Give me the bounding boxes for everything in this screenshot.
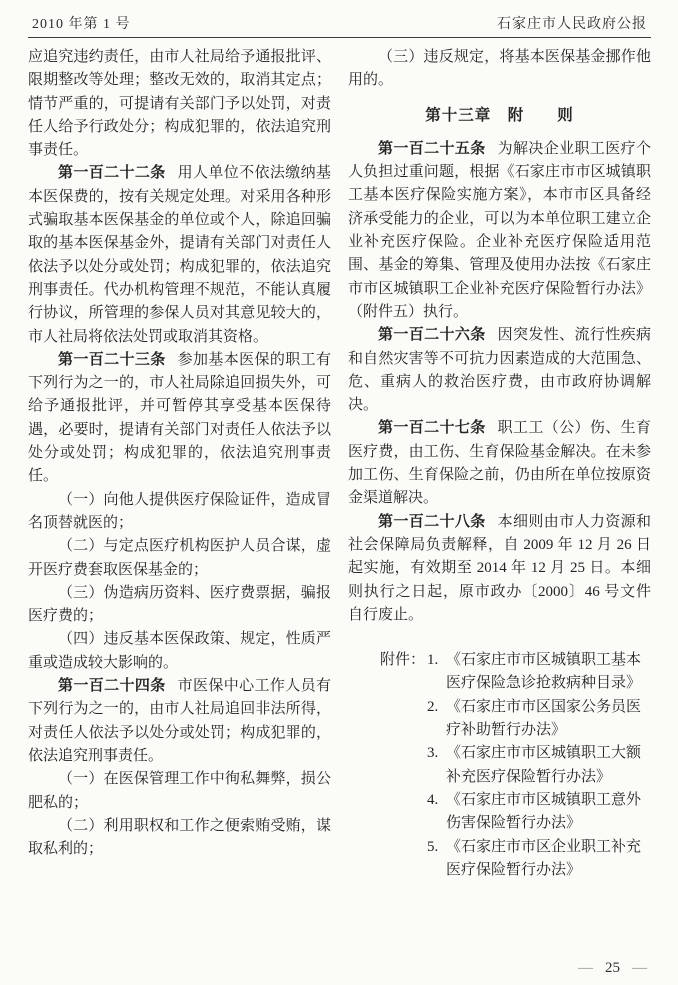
attachment-item: 2.《石家庄市市区国家公务员医疗补助暂行办法》 (380, 696, 651, 743)
paragraph: （二）与定点医疗机构医护人员合谋，虚开医疗费套取医保基金的； (28, 535, 331, 582)
attachment-item: 附件：1.《石家庄市市区城镇职工基本医疗保险急诊抢救病种目录》 (380, 649, 651, 696)
article-number: 第一百二十四条 (58, 678, 166, 694)
attachment-title: 《石家庄市市区城镇职工大额补充医疗保险暂行办法》 (446, 742, 651, 789)
article-paragraph: 第一百二十四条市医保中心工作人员有下列行为之一的，由市人社局追回非法所得，对责任… (28, 675, 331, 768)
attachment-number: 1. (427, 649, 446, 696)
article-number: 第一百二十八条 (378, 514, 486, 530)
chapter-heading: 第十三章 附 则 (348, 104, 651, 127)
page-number: 25 (605, 958, 620, 978)
attachments-label (380, 742, 427, 789)
body-columns: 应追究违约责任，由市人社局给予通报批评、限期整改等处理；整改无效的，取消其定点；… (28, 46, 651, 882)
article-paragraph: 第一百二十五条为解决企业职工医疗个人负担过重问题，根据《石家庄市市区城镇职工基本… (348, 138, 651, 324)
article-number: 第一百二十七条 (378, 420, 486, 436)
page-header: 2010 年第 1 号 石家庄市人民政府公报 (32, 13, 647, 33)
paragraph: （四）违反基本医保政策、规定，性质严重或造成较大影响的。 (28, 628, 331, 675)
paragraph: （二）利用职权和工作之便索贿受贿，谋取私利的； (28, 815, 331, 862)
article-paragraph: 第一百二十八条本细则由市人力资源和社会保障局负责解释，自 2009 年 12 月… (348, 511, 651, 627)
attachment-number: 2. (427, 696, 446, 743)
article-paragraph: 第一百二十二条用人单位不依法缴纳基本医保费的，按有关规定处理。对采用各种形式骗取… (28, 162, 331, 348)
article-paragraph: 第一百二十七条职工工（公）伤、生育医疗费，由工伤、生育保险基金解决。在未参加工伤… (348, 417, 651, 510)
attachments-label (380, 696, 427, 743)
attachment-number: 3. (427, 742, 446, 789)
footer-dash-left: — (578, 958, 593, 978)
header-rule (28, 37, 651, 38)
attachment-title: 《石家庄市市区企业职工补充医疗保险暂行办法》 (446, 836, 651, 883)
document-page: 2010 年第 1 号 石家庄市人民政府公报 应追究违约责任，由市人社局给予通报… (0, 0, 678, 985)
article-number: 第一百二十三条 (58, 352, 166, 368)
attachment-number: 4. (427, 789, 446, 836)
paragraph: （一）向他人提供医疗保险证件，造成冒名顶替就医的； (28, 489, 331, 536)
article-number: 第一百二十六条 (378, 327, 486, 343)
paragraph: （三）违反规定，将基本医保基金挪作他用的。 (348, 46, 651, 93)
attachments-block: 附件：1.《石家庄市市区城镇职工基本医疗保险急诊抢救病种目录》2.《石家庄市市区… (380, 649, 651, 882)
attachment-item: 4.《石家庄市市区城镇职工意外伤害保险暂行办法》 (380, 789, 651, 836)
paragraph: （一）在医保管理工作中徇私舞弊，损公肥私的； (28, 768, 331, 815)
attachment-number: 5. (427, 836, 446, 883)
footer-dash-right: — (632, 958, 647, 978)
right-column: （三）违反规定，将基本医保基金挪作他用的。第十三章 附 则第一百二十五条为解决企… (348, 46, 651, 882)
article-number: 第一百二十二条 (58, 165, 166, 181)
attachment-title: 《石家庄市市区国家公务员医疗补助暂行办法》 (446, 696, 651, 743)
paragraph: （三）伪造病历资料、医疗费票据，骗报医疗费的； (28, 582, 331, 629)
attachments-label (380, 789, 427, 836)
paragraph: 应追究违约责任，由市人社局给予通报批评、限期整改等处理；整改无效的，取消其定点；… (28, 46, 331, 162)
attachment-item: 5.《石家庄市市区企业职工补充医疗保险暂行办法》 (380, 836, 651, 883)
article-paragraph: 第一百二十六条因突发性、流行性疾病和自然灾害等不可抗力因素造成的大范围急、危、重… (348, 324, 651, 417)
attachment-title: 《石家庄市市区城镇职工基本医疗保险急诊抢救病种目录》 (446, 649, 651, 696)
attachment-item: 3.《石家庄市市区城镇职工大额补充医疗保险暂行办法》 (380, 742, 651, 789)
header-issue-number: 2010 年第 1 号 (32, 13, 131, 33)
header-gazette-title: 石家庄市人民政府公报 (497, 13, 647, 33)
attachments-label: 附件： (380, 649, 427, 696)
attachment-title: 《石家庄市市区城镇职工意外伤害保险暂行办法》 (446, 789, 651, 836)
article-paragraph: 第一百二十三条参加基本医保的职工有下列行为之一的，市人社局除追回损失外，可给予通… (28, 349, 331, 489)
left-column: 应追究违约责任，由市人社局给予通报批评、限期整改等处理；整改无效的，取消其定点；… (28, 46, 331, 882)
page-footer: — 25 — (578, 958, 647, 978)
attachments-label (380, 836, 427, 883)
article-number: 第一百二十五条 (378, 141, 486, 157)
